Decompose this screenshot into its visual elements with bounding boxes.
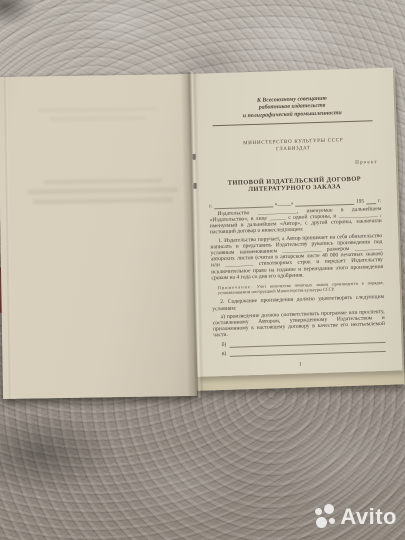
avito-watermark: Avito: [315, 504, 397, 530]
blank-line: [295, 199, 354, 207]
show-through-text-faint: [32, 106, 162, 126]
paragraph-clause-1: 1. Издательство поручает, а Автор приним…: [210, 233, 383, 282]
day-quotes: «_____»: [275, 201, 294, 208]
paragraph-clause-2a: а) произведение должно соответствовать п…: [213, 309, 386, 339]
avito-logo-icon: [315, 504, 337, 530]
cover-crease: [4, 77, 12, 399]
draft-label: Проект: [208, 160, 380, 172]
document-title: ТИПОВОЙ ИЗДАТЕЛЬСКИЙ ДОГОВОР ЛИТЕРАТУРНО…: [208, 175, 380, 196]
blank-line: [214, 201, 273, 209]
blank-line: [366, 198, 376, 204]
paragraph-note: Примечание. Учет количества печатных зна…: [218, 280, 384, 296]
open-booklet: К Всесоюзному совещанию работников издат…: [0, 0, 405, 540]
left-blank-page: [0, 74, 197, 399]
conference-dedication: К Всесоюзному совещанию работников издат…: [206, 94, 379, 122]
paragraph-intro: Издательство ______________, именуемое в…: [209, 206, 382, 236]
item-b-label: б): [221, 342, 226, 348]
item-v-row: в): [222, 346, 386, 357]
blank-line: [229, 346, 386, 357]
watermark-label: Avito: [340, 504, 397, 530]
year-label: 195: [356, 198, 364, 204]
show-through-text: [28, 178, 178, 209]
page-number: 1: [214, 359, 386, 371]
city-label: г.: [209, 203, 212, 209]
horizontal-rule: [213, 120, 373, 126]
page-text-column: К Всесоюзному совещанию работников издат…: [206, 94, 386, 370]
item-v-label: в): [222, 351, 227, 357]
right-text-page: К Всесоюзному совещанию работников издат…: [188, 68, 402, 377]
ministry-heading: МИНИСТЕРСТВО КУЛЬТУРЫ СССР ГЛАВИЗДАТ: [207, 137, 379, 156]
year-suffix: г.: [378, 198, 381, 204]
